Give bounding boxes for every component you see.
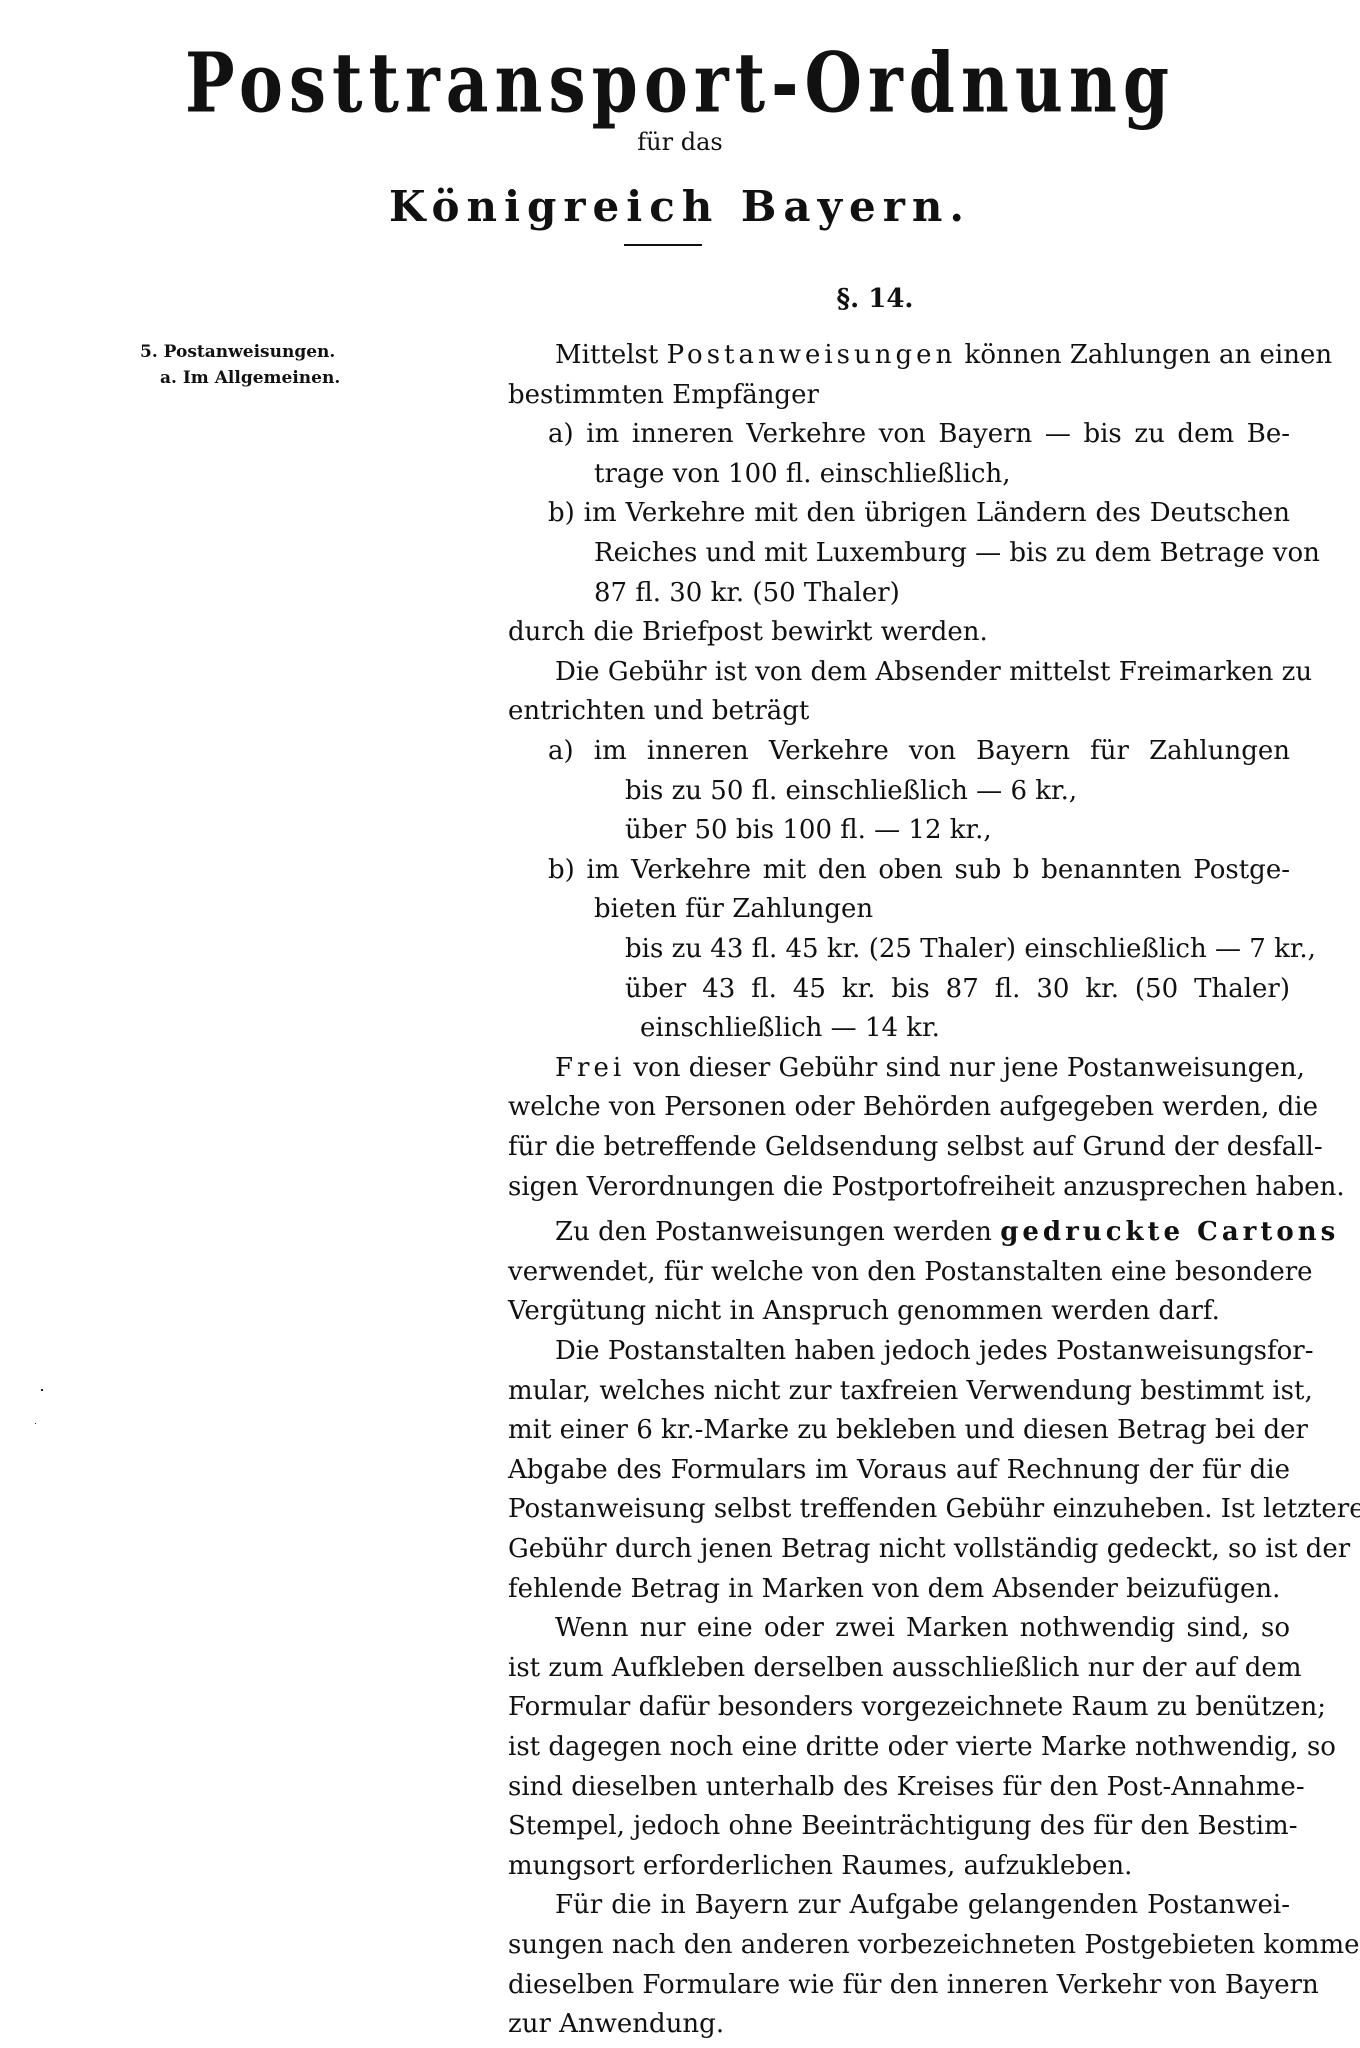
text-segment: sungen nach den anderen vorbezeichneten …: [508, 1930, 1360, 1960]
body-line: Wenn nur eine oder zwei Marken nothwendi…: [555, 1615, 1290, 1641]
body-line: ist zum Aufkleben derselben ausschließli…: [508, 1655, 1301, 1681]
body-line: sigen Verordnungen die Postportofreiheit…: [508, 1174, 1345, 1200]
text-segment: Gebühr durch jenen Betrag nicht vollstän…: [508, 1534, 1350, 1564]
margin-note-heading: 5. Postanweisungen.: [140, 342, 335, 362]
body-line: über 43 fl. 45 kr. bis 87 fl. 30 kr. (50…: [625, 976, 1290, 1002]
text-segment: fehlende Betrag in Marken von dem Absend…: [508, 1574, 1280, 1604]
text-segment: Die Postanstalten haben jedoch jedes Pos…: [555, 1336, 1313, 1366]
text-segment: a) im inneren Verkehre von Bayern — bis …: [548, 419, 1290, 449]
margin-note-subheading: a. Im Allgemeinen.: [160, 368, 340, 388]
text-segment: bis zu 43 fl. 45 kr. (25 Thaler) einschl…: [625, 934, 1316, 964]
body-line: Vergütung nicht in Anspruch genommen wer…: [508, 1298, 1220, 1324]
body-line: verwendet, für welche von den Postanstal…: [508, 1259, 1313, 1285]
text-segment: von dieser Gebühr sind nur jene Postanwe…: [625, 1053, 1305, 1083]
text-segment: über 50 bis 100 fl. — 12 kr.,: [625, 815, 992, 845]
text-segment: Postanweisung selbst treffenden Gebühr e…: [508, 1494, 1360, 1524]
text-segment: Stempel, jedoch ohne Beeinträchtigung de…: [508, 1811, 1298, 1841]
body-line: bestimmten Empfänger: [508, 382, 819, 408]
body-line: Die Postanstalten haben jedoch jedes Pos…: [555, 1338, 1313, 1364]
body-line: bis zu 50 fl. einschließlich — 6 kr.,: [625, 778, 1077, 804]
text-segment: über 43 fl. 45 kr. bis 87 fl. 30 kr. (50…: [625, 974, 1290, 1004]
body-line: sind dieselben unterhalb des Kreises für…: [508, 1774, 1305, 1800]
text-segment: trage von 100 fl. einschließlich,: [594, 459, 1010, 489]
text-segment: 87 fl. 30 kr. (50 Thaler): [594, 578, 900, 608]
text-segment: Zu den Postanweisungen werden: [555, 1217, 1000, 1247]
body-line: trage von 100 fl. einschließlich,: [594, 461, 1010, 487]
body-line: über 50 bis 100 fl. — 12 kr.,: [625, 817, 992, 843]
body-line: Postanweisung selbst treffenden Gebühr e…: [508, 1496, 1360, 1522]
body-line: a) im inneren Verkehre von Bayern — bis …: [548, 421, 1290, 447]
text-segment: b) im Verkehre mit den oben sub b benann…: [548, 855, 1290, 885]
body-line: durch die Briefpost bewirkt werden.: [508, 619, 988, 645]
body-line: mit einer 6 kr.-Marke zu bekleben und di…: [508, 1417, 1308, 1443]
text-segment: Formular dafür besonders vorgezeichnete …: [508, 1692, 1326, 1722]
body-line: ist dagegen noch eine dritte oder vierte…: [508, 1734, 1336, 1760]
document-subtitle: für das: [0, 128, 1360, 156]
text-segment: für die betreffende Geldsendung selbst a…: [508, 1132, 1323, 1162]
emphasized-text: gedruckte Cartons: [1000, 1217, 1339, 1247]
body-line: Frei von dieser Gebühr sind nur jene Pos…: [555, 1055, 1305, 1081]
text-segment: mular, welches nicht zur taxfreien Verwe…: [508, 1376, 1313, 1406]
text-segment: a) im inneren Verkehre von Bayern für Za…: [548, 736, 1290, 766]
text-segment: mungsort erforderlichen Raumes, aufzukle…: [508, 1851, 1132, 1881]
text-segment: Die Gebühr ist von dem Absender mittelst…: [555, 657, 1312, 687]
body-line: Die Gebühr ist von dem Absender mittelst…: [555, 659, 1312, 685]
text-segment: sind dieselben unterhalb des Kreises für…: [508, 1772, 1305, 1802]
document-realm: Königreich Bayern.: [0, 182, 1360, 231]
text-segment: Reiches und mit Luxemburg — bis zu dem B…: [594, 538, 1320, 568]
document-title: Posttransport-Ordnung: [0, 34, 1360, 132]
emphasized-text: Postanweisungen: [667, 340, 957, 370]
text-segment: zur Anwendung.: [508, 2009, 724, 2039]
section-number: §. 14.: [0, 284, 1360, 314]
body-line: welche von Personen oder Behörden aufgeg…: [508, 1094, 1318, 1120]
text-segment: bis zu 50 fl. einschließlich — 6 kr.,: [625, 776, 1077, 806]
text-segment: sigen Verordnungen die Postportofreiheit…: [508, 1172, 1345, 1202]
body-line: einschließlich — 14 kr.: [640, 1015, 940, 1041]
text-segment: mit einer 6 kr.-Marke zu bekleben und di…: [508, 1415, 1308, 1445]
text-segment: ist zum Aufkleben derselben ausschließli…: [508, 1653, 1301, 1683]
text-segment: Für die in Bayern zur Aufgabe gelangende…: [555, 1890, 1290, 1920]
text-segment: Mittelst: [555, 340, 667, 370]
body-line: Stempel, jedoch ohne Beeinträchtigung de…: [508, 1813, 1298, 1839]
text-segment: ist dagegen noch eine dritte oder vierte…: [508, 1732, 1336, 1762]
body-line: 87 fl. 30 kr. (50 Thaler): [594, 580, 900, 606]
text-segment: entrichten und beträgt: [508, 696, 809, 726]
body-line: bis zu 43 fl. 45 kr. (25 Thaler) einschl…: [625, 936, 1316, 962]
text-segment: durch die Briefpost bewirkt werden.: [508, 617, 988, 647]
text-segment: verwendet, für welche von den Postanstal…: [508, 1257, 1313, 1287]
body-line: zur Anwendung.: [508, 2011, 724, 2037]
text-segment: bestimmten Empfänger: [508, 380, 819, 410]
body-line: a) im inneren Verkehre von Bayern für Za…: [548, 738, 1290, 764]
body-line: Zu den Postanweisungen werden gedruckte …: [555, 1219, 1339, 1245]
body-line: Reiches und mit Luxemburg — bis zu dem B…: [594, 540, 1320, 566]
body-line: bieten für Zahlungen: [594, 896, 873, 922]
text-segment: Vergütung nicht in Anspruch genommen wer…: [508, 1296, 1220, 1326]
text-segment: welche von Personen oder Behörden aufgeg…: [508, 1092, 1318, 1122]
body-line: Formular dafür besonders vorgezeichnete …: [508, 1694, 1326, 1720]
text-segment: Abgabe des Formulars im Voraus auf Rechn…: [508, 1455, 1290, 1485]
text-segment: dieselben Formulare wie für den inneren …: [508, 1970, 1319, 2000]
body-line: Mittelst Postanweisungen können Zahlunge…: [555, 342, 1332, 368]
body-line: sungen nach den anderen vorbezeichneten …: [508, 1932, 1360, 1958]
body-line: entrichten und beträgt: [508, 698, 809, 724]
body-line: mular, welches nicht zur taxfreien Verwe…: [508, 1378, 1313, 1404]
body-line: fehlende Betrag in Marken von dem Absend…: [508, 1576, 1280, 1602]
body-line: für die betreffende Geldsendung selbst a…: [508, 1134, 1323, 1160]
body-line: mungsort erforderlichen Raumes, aufzukle…: [508, 1853, 1132, 1879]
body-line: dieselben Formulare wie für den inneren …: [508, 1972, 1319, 1998]
text-segment: bieten für Zahlungen: [594, 894, 873, 924]
body-line: Für die in Bayern zur Aufgabe gelangende…: [555, 1892, 1290, 1918]
title-divider: [624, 244, 702, 246]
text-segment: Wenn nur eine oder zwei Marken nothwendi…: [555, 1613, 1290, 1643]
body-line: Abgabe des Formulars im Voraus auf Rechn…: [508, 1457, 1290, 1483]
text-segment: einschließlich — 14 kr.: [640, 1013, 940, 1043]
emphasized-text: Frei: [555, 1053, 625, 1083]
scan-speck: [41, 1389, 43, 1391]
body-line: Gebühr durch jenen Betrag nicht vollstän…: [508, 1536, 1350, 1562]
text-segment: können Zahlungen an einen: [956, 340, 1332, 370]
body-line: b) im Verkehre mit den übrigen Ländern d…: [548, 500, 1290, 526]
body-line: b) im Verkehre mit den oben sub b benann…: [548, 857, 1290, 883]
text-segment: b) im Verkehre mit den übrigen Ländern d…: [548, 498, 1290, 528]
scan-speck: [35, 1423, 36, 1424]
